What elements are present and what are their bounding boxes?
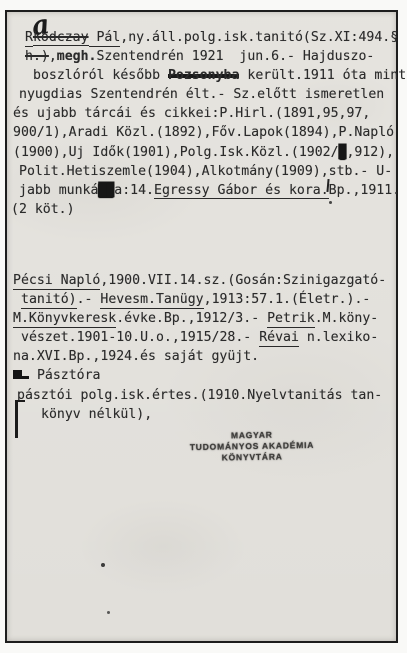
text-line: Pásztóra [13, 366, 396, 385]
library-stamp: MAGYAR TUDOMÁNYOS AKADÉMIA KÖNYVTÁRA [185, 429, 320, 464]
struck-out-word: Pozsonyba [168, 68, 239, 83]
text-segment: Révai [259, 330, 299, 347]
catalog-card: a Rkodczay Pál,ny.áll.polg.isk.tanitó(Sz… [5, 10, 398, 643]
text-segment: Szentendrén 1921 jun.6.- Hajduszo- [96, 49, 374, 64]
text-line: pásztói polg.isk.értes.(1910.Nyelvtanitá… [17, 386, 396, 405]
text-segment: ,ny.áll.polg.isk.tanitó(Sz.XI:494.§ [120, 30, 398, 45]
text-segment: vészet.1901-10.U.o.,1915/28.- [21, 330, 259, 345]
text-line: (2 köt.) [11, 200, 396, 219]
text-segment: ,1900.VII.14.sz.(Gosán:Szinigazgató- [100, 273, 386, 288]
text-segment: .M.köny- [315, 311, 379, 326]
ink-speck [101, 563, 105, 567]
biography-paragraph: Rkodczay Pál,ny.áll.polg.isk.tanitó(Sz.X… [11, 28, 396, 219]
text-line: h.),megh.Szentendrén 1921 jun.6.- Hajdus… [25, 47, 396, 66]
insertion-flag-mark [13, 368, 29, 379]
text-segment: megh. [57, 49, 97, 64]
text-segment: kodczay [33, 30, 89, 46]
text-line: Pécsi Napló,1900.VII.14.sz.(Gosán:Szinig… [13, 271, 396, 290]
text-line: tanitó).- Hevesm.Tanügy,1913:57.1.(Életr… [21, 290, 396, 309]
text-line: Rkodczay Pál,ny.áll.polg.isk.tanitó(Sz.X… [25, 28, 396, 47]
text-segment: a:14. [114, 183, 154, 198]
text-segment: .évke.Bp.,1912/3.- [116, 311, 267, 326]
text-segment: és ujabb tárcái és cikkei:P.Hirl.(1891,9… [13, 106, 370, 121]
text-line: na.XVI.Bp.,1924.és saját gyüjt. [13, 347, 396, 366]
text-segment: ,912), [346, 145, 394, 160]
text-segment: M.Könyvkeresk [13, 311, 116, 328]
text-line: nyugdias Szentendrén élt.- Sz.előtt isme… [19, 85, 396, 104]
text-segment: , [49, 49, 57, 64]
ink-blot: ██ [98, 183, 114, 198]
text-line: boszlóról később Pozsonyba került.1911 ó… [33, 66, 396, 85]
text-line: vészet.1901-10.U.o.,1915/28.- Révai n.le… [21, 328, 396, 347]
text-line: könyv nélkül), [41, 405, 396, 424]
text-line: (1900),Uj Idők(1901),Polg.Isk.Közl.(1902… [13, 143, 396, 162]
ink-speck [329, 201, 332, 204]
text-segment: (2 köt.) [11, 202, 75, 217]
text-segment: Pécsi Napló [13, 273, 100, 290]
text-segment: boszlóról később [33, 68, 168, 83]
sources-paragraph: Pécsi Napló,1900.VII.14.sz.(Gosán:Szinig… [11, 271, 396, 424]
text-segment: (1900),Uj Idők(1901),Polg.Isk.Közl.(1902… [13, 145, 339, 160]
text-line: és ujabb tárcái és cikkei:P.Hirl.(1891,9… [13, 104, 396, 123]
text-segment: nyugdias Szentendrén élt.- Sz.előtt isme… [19, 87, 384, 102]
text-segment: h.) [25, 49, 49, 64]
text-segment: ,1913:57.1.(Életr.).- [204, 292, 371, 307]
text-segment: tanitó) [21, 292, 77, 309]
text-segment: Egressy Gábor és kora. [154, 183, 329, 200]
text-line: M.Könyvkeresk.évke.Bp.,1912/3.- Petrik.M… [13, 309, 396, 328]
text-line: jabb munká██a:14.Egressy Gábor és kora.B… [19, 181, 396, 200]
ink-speck [107, 611, 110, 614]
text-segment: Polit.Hetiszemle(1904),Alkotmány(1909), [19, 164, 329, 179]
text-line: Polit.Hetiszemle(1904),Alkotmány(1909),s… [19, 162, 396, 181]
text-segment: könyv nélkül), [41, 407, 152, 422]
text-segment: Bp.,1911. [329, 183, 400, 198]
text-segment: Pásztóra [29, 368, 100, 383]
text-segment: Petrik [267, 311, 315, 328]
text-segment: pásztói polg.isk.értes.(1910.Nyelvtanitá… [17, 388, 382, 403]
text-segment: 900/1),Aradi Közl.(1892),Főv.Lapok(1894)… [13, 125, 394, 140]
text-segment: stb.- U- [329, 164, 393, 179]
text-segment: került.1911 óta mint [239, 68, 406, 83]
text-segment: R [25, 30, 33, 47]
stamp-line-3: KÖNYVTÁRA [185, 451, 319, 464]
text-segment: na.XVI.Bp.,1924.és saját gyüjt. [13, 349, 259, 364]
text-segment: Pál [89, 30, 121, 47]
text-segment: n.lexiko- [299, 330, 378, 345]
text-segment: .- [77, 292, 101, 307]
text-segment: jabb munká [19, 183, 98, 198]
text-segment: Hevesm.Tanügy [100, 292, 203, 309]
text-line: 900/1),Aradi Közl.(1892),Főv.Lapok(1894)… [13, 123, 396, 142]
